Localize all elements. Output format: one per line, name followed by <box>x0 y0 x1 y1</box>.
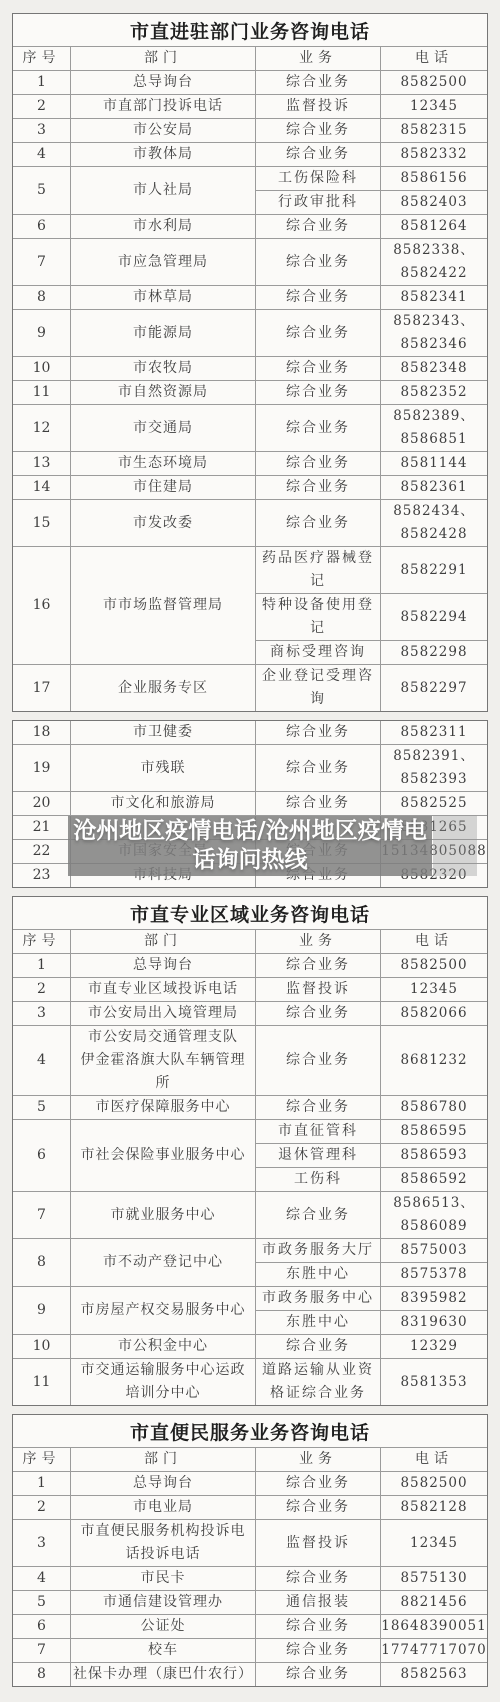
business-cell: 特种设备使用登 记 <box>256 594 381 640</box>
business-item: 综合业务8586513、 8586089 <box>256 1192 487 1238</box>
business-items: 综合业务8582391、 8582393 <box>256 745 487 791</box>
table-row: 7校车综合业务17747717070 <box>13 1638 487 1662</box>
column-header-department: 部门 <box>71 930 256 953</box>
row-number-cell: 4 <box>13 1567 71 1590</box>
business-cell: 市政务服务中心 <box>256 1287 381 1310</box>
watermark-overlay: 沧州地区疫情电话/沧州地区疫情电 话询问热线 <box>68 816 432 876</box>
business-item: 企业登记受理咨 询8582297 <box>256 665 487 711</box>
table-row: 12市交通局综合业务8582389、 8586851 <box>13 404 487 451</box>
business-item: 综合业务12329 <box>256 1335 487 1358</box>
business-items: 市直征管科8586595退休管理科8586593工伤科8586592 <box>256 1120 487 1191</box>
business-item: 综合业务8581144 <box>256 452 487 475</box>
table-row: 6市社会保险事业服务中心市直征管科8586595退休管理科8586593工伤科8… <box>13 1119 487 1191</box>
business-cell: 工伤科 <box>256 1168 381 1191</box>
table-row: 5市通信建设管理办通信报装8821456 <box>13 1590 487 1614</box>
phone-cell: 8575378 <box>381 1263 487 1286</box>
row-number-cell: 10 <box>13 1335 71 1358</box>
business-item: 监督投诉12345 <box>256 95 487 118</box>
header-row: 序号部门业务电话 <box>13 929 487 953</box>
business-items: 市政务服务大厅8575003东胜中心8575378 <box>256 1239 487 1286</box>
business-cell: 东胜中心 <box>256 1263 381 1286</box>
phone-cell: 12329 <box>381 1335 487 1358</box>
department-cell: 市水利局 <box>71 215 256 238</box>
business-cell: 综合业务 <box>256 1002 381 1025</box>
business-items: 综合业务8582389、 8586851 <box>256 405 487 451</box>
phone-cell: 8586780 <box>381 1096 487 1119</box>
phone-cell: 8582311 <box>381 721 487 744</box>
table-row: 1总导询台综合业务8582500 <box>13 1471 487 1495</box>
business-items: 道路运输从业资 格证综合业务8581353 <box>256 1359 487 1405</box>
table-row: 1总导询台综合业务8582500 <box>13 953 487 977</box>
phone-cell: 8681232 <box>381 1026 487 1095</box>
business-item: 综合业务8582311 <box>256 721 487 744</box>
business-item: 综合业务8582500 <box>256 1472 487 1495</box>
business-cell: 市政务服务大厅 <box>256 1239 381 1262</box>
table-row: 2市直专业区域投诉电话监督投诉12345 <box>13 977 487 1001</box>
business-item: 综合业务8582128 <box>256 1496 487 1519</box>
business-cell: 道路运输从业资 格证综合业务 <box>256 1359 381 1405</box>
row-number-cell: 11 <box>13 381 71 404</box>
business-item: 综合业务8575130 <box>256 1567 487 1590</box>
business-items: 综合业务8582525 <box>256 792 487 815</box>
business-item: 综合业务8582066 <box>256 1002 487 1025</box>
business-cell: 监督投诉 <box>256 95 381 118</box>
phone-cell: 8582338、 8582422 <box>381 239 487 285</box>
table-row: 14市住建局综合业务8582361 <box>13 475 487 499</box>
row-number-cell: 13 <box>13 452 71 475</box>
row-number-cell: 3 <box>13 119 71 142</box>
phone-cell: 8582500 <box>381 954 487 977</box>
table-row: 3市公安局出入境管理局综合业务8582066 <box>13 1001 487 1025</box>
business-items: 综合业务8582348 <box>256 357 487 380</box>
column-header-no: 序号 <box>13 47 71 70</box>
row-number-cell: 20 <box>13 792 71 815</box>
row-number-cell: 17 <box>13 665 71 711</box>
business-cell: 综合业务 <box>256 1615 381 1638</box>
table-row: 6公证处综合业务18648390051 <box>13 1614 487 1638</box>
row-number-cell: 10 <box>13 357 71 380</box>
phone-cell: 8319630 <box>381 1311 487 1334</box>
department-cell: 市发改委 <box>71 500 256 546</box>
table-row: 15市发改委综合业务8582434、 8582428 <box>13 499 487 546</box>
table-block: 市直便民服务业务咨询电话序号部门业务电话1总导询台综合业务85825002市电业… <box>12 1414 488 1687</box>
phone-cell: 8586592 <box>381 1168 487 1191</box>
business-items: 监督投诉12345 <box>256 95 487 118</box>
business-items: 综合业务8582341 <box>256 286 487 309</box>
business-cell: 综合业务 <box>256 310 381 356</box>
business-item: 退休管理科8586593 <box>256 1143 487 1167</box>
business-cell: 综合业务 <box>256 1335 381 1358</box>
business-cell: 商标受理咨询 <box>256 641 381 664</box>
table-row: 4市公安局交通管理支队 伊金霍洛旗大队车辆管理 所综合业务8681232 <box>13 1025 487 1095</box>
business-item: 东胜中心8575378 <box>256 1262 487 1286</box>
table-row: 4市教体局综合业务8582332 <box>13 142 487 166</box>
business-item: 行政审批科8582403 <box>256 190 487 214</box>
row-number-cell: 22 <box>13 840 71 863</box>
business-item: 综合业务18648390051 <box>256 1615 487 1638</box>
business-items: 通信报装8821456 <box>256 1591 487 1614</box>
phone-cell: 8582389、 8586851 <box>381 405 487 451</box>
business-cell: 市直征管科 <box>256 1120 381 1143</box>
business-item: 综合业务8586780 <box>256 1096 487 1119</box>
business-items: 药品医疗器械登 记8582291特种设备使用登 记8582294商标受理咨询85… <box>256 547 487 664</box>
department-cell: 校车 <box>71 1639 256 1662</box>
business-items: 综合业务8582500 <box>256 71 487 94</box>
phone-cell: 8581144 <box>381 452 487 475</box>
phone-cell: 8582403 <box>381 191 487 214</box>
table-row: 4市民卡综合业务8575130 <box>13 1566 487 1590</box>
department-cell: 市公积金中心 <box>71 1335 256 1358</box>
phone-cell: 12345 <box>381 95 487 118</box>
row-number-cell: 7 <box>13 1639 71 1662</box>
business-item: 综合业务8582500 <box>256 71 487 94</box>
header-item: 业务电话 <box>256 47 487 70</box>
table-row: 8市林草局综合业务8582341 <box>13 285 487 309</box>
phone-cell: 8582361 <box>381 476 487 499</box>
business-cell: 综合业务 <box>256 239 381 285</box>
department-cell: 市直便民服务机构投诉电 话投诉电话 <box>71 1520 256 1566</box>
department-cell: 市教体局 <box>71 143 256 166</box>
phone-cell: 8582352 <box>381 381 487 404</box>
department-cell: 市农牧局 <box>71 357 256 380</box>
phone-cell: 8575130 <box>381 1567 487 1590</box>
row-number-cell: 3 <box>13 1002 71 1025</box>
business-item: 综合业务8582389、 8586851 <box>256 405 487 451</box>
table-row: 6市水利局综合业务8581264 <box>13 214 487 238</box>
column-header-business: 业务 <box>256 930 381 953</box>
phone-cell: 8582500 <box>381 71 487 94</box>
table-row: 11市交通运输服务中心运政 培训分中心道路运输从业资 格证综合业务8581353 <box>13 1358 487 1405</box>
row-number-cell: 2 <box>13 1496 71 1519</box>
table-row: 9市房屋产权交易服务中心市政务服务中心8395982东胜中心8319630 <box>13 1286 487 1334</box>
business-item: 市政务服务大厅8575003 <box>256 1239 487 1262</box>
department-cell: 市应急管理局 <box>71 239 256 285</box>
department-cell: 企业服务专区 <box>71 665 256 711</box>
table-row: 3市直便民服务机构投诉电 话投诉电话监督投诉12345 <box>13 1519 487 1566</box>
department-cell: 市公安局 <box>71 119 256 142</box>
business-items: 综合业务18648390051 <box>256 1615 487 1638</box>
business-cell: 通信报装 <box>256 1591 381 1614</box>
column-header-no: 序号 <box>13 930 71 953</box>
table-title: 市直进驻部门业务咨询电话 <box>13 14 487 46</box>
row-number-cell: 1 <box>13 954 71 977</box>
department-cell: 市社会保险事业服务中心 <box>71 1120 256 1191</box>
phone-directory-tables: 市直进驻部门业务咨询电话序号部门业务电话1总导询台综合业务85825002市直部… <box>0 0 500 1687</box>
table-block: 18市卫健委综合业务858231119市残联综合业务8582391、 85823… <box>12 720 488 888</box>
department-cell: 市残联 <box>71 745 256 791</box>
business-items: 综合业务8586780 <box>256 1096 487 1119</box>
phone-cell: 8582291 <box>381 547 487 593</box>
row-number-cell: 7 <box>13 1192 71 1238</box>
row-number-cell: 12 <box>13 405 71 451</box>
column-header-department: 部门 <box>71 47 256 70</box>
business-item: 监督投诉12345 <box>256 978 487 1001</box>
row-number-cell: 3 <box>13 1520 71 1566</box>
row-number-cell: 18 <box>13 721 71 744</box>
business-items: 市政务服务中心8395982东胜中心8319630 <box>256 1287 487 1334</box>
phone-cell: 8582525 <box>381 792 487 815</box>
department-cell: 市不动产登记中心 <box>71 1239 256 1286</box>
business-cell: 综合业务 <box>256 357 381 380</box>
row-number-cell: 6 <box>13 1120 71 1191</box>
business-items: 监督投诉12345 <box>256 1520 487 1566</box>
department-cell: 市市场监督管理局 <box>71 547 256 664</box>
department-cell: 市文化和旅游局 <box>71 792 256 815</box>
table-row: 20市文化和旅游局综合业务8582525 <box>13 791 487 815</box>
table-block: 市直进驻部门业务咨询电话序号部门业务电话1总导询台综合业务85825002市直部… <box>12 13 488 712</box>
business-item: 综合业务8582361 <box>256 476 487 499</box>
table-row: 13市生态环境局综合业务8581144 <box>13 451 487 475</box>
header-items: 业务电话 <box>256 1448 487 1471</box>
department-cell: 市交通运输服务中心运政 培训分中心 <box>71 1359 256 1405</box>
business-items: 监督投诉12345 <box>256 978 487 1001</box>
business-item: 综合业务8582525 <box>256 792 487 815</box>
phone-cell: 8575003 <box>381 1239 487 1262</box>
row-number-cell: 16 <box>13 547 71 664</box>
row-number-cell: 7 <box>13 239 71 285</box>
column-header-phone: 电话 <box>381 47 487 70</box>
row-number-cell: 5 <box>13 167 71 214</box>
business-items: 工伤保险科8586156行政审批科8582403 <box>256 167 487 214</box>
row-number-cell: 9 <box>13 1287 71 1334</box>
business-items: 综合业务8582338、 8582422 <box>256 239 487 285</box>
business-cell: 综合业务 <box>256 1663 381 1686</box>
business-cell: 综合业务 <box>256 1567 381 1590</box>
business-cell: 综合业务 <box>256 1639 381 1662</box>
business-items: 综合业务8582311 <box>256 721 487 744</box>
business-item: 综合业务8582391、 8582393 <box>256 745 487 791</box>
header-item: 业务电话 <box>256 930 487 953</box>
phone-cell: 8582315 <box>381 119 487 142</box>
department-cell: 市直专业区域投诉电话 <box>71 978 256 1001</box>
row-number-cell: 4 <box>13 1026 71 1095</box>
row-number-cell: 11 <box>13 1359 71 1405</box>
table-row: 18市卫健委综合业务8582311 <box>13 721 487 744</box>
business-cell: 综合业务 <box>256 792 381 815</box>
table-row: 10市公积金中心综合业务12329 <box>13 1334 487 1358</box>
table-row: 11市自然资源局综合业务8582352 <box>13 380 487 404</box>
phone-cell: 8581264 <box>381 215 487 238</box>
business-cell: 工伤保险科 <box>256 167 381 190</box>
phone-cell: 8582500 <box>381 1472 487 1495</box>
business-items: 综合业务8582332 <box>256 143 487 166</box>
business-item: 工伤保险科8586156 <box>256 167 487 190</box>
department-cell: 市住建局 <box>71 476 256 499</box>
business-items: 综合业务8582128 <box>256 1496 487 1519</box>
phone-cell: 8586156 <box>381 167 487 190</box>
business-item: 综合业务17747717070 <box>256 1639 487 1662</box>
row-number-cell: 2 <box>13 95 71 118</box>
business-cell: 药品医疗器械登 记 <box>256 547 381 593</box>
phone-cell: 12345 <box>381 978 487 1001</box>
row-number-cell: 15 <box>13 500 71 546</box>
phone-cell: 8395982 <box>381 1287 487 1310</box>
phone-cell: 18648390051 <box>381 1615 487 1638</box>
header-item: 业务电话 <box>256 1448 487 1471</box>
phone-cell: 8586593 <box>381 1144 487 1167</box>
table-row: 8市不动产登记中心市政务服务大厅8575003东胜中心8575378 <box>13 1238 487 1286</box>
business-cell: 东胜中心 <box>256 1311 381 1334</box>
phone-cell: 8582391、 8582393 <box>381 745 487 791</box>
business-items: 综合业务8575130 <box>256 1567 487 1590</box>
department-cell: 市医疗保障服务中心 <box>71 1096 256 1119</box>
row-number-cell: 4 <box>13 143 71 166</box>
header-items: 业务电话 <box>256 930 487 953</box>
department-cell: 总导询台 <box>71 1472 256 1495</box>
business-item: 市直征管科8586595 <box>256 1120 487 1143</box>
business-item: 综合业务8582341 <box>256 286 487 309</box>
business-item: 商标受理咨询8582298 <box>256 640 487 664</box>
business-cell: 综合业务 <box>256 500 381 546</box>
department-cell: 市人社局 <box>71 167 256 214</box>
row-number-cell: 9 <box>13 310 71 356</box>
table-title: 市直便民服务业务咨询电话 <box>13 1415 487 1447</box>
business-cell: 综合业务 <box>256 405 381 451</box>
phone-cell: 8582066 <box>381 1002 487 1025</box>
department-cell: 市公安局交通管理支队 伊金霍洛旗大队车辆管理 所 <box>71 1026 256 1095</box>
business-cell: 综合业务 <box>256 476 381 499</box>
row-number-cell: 5 <box>13 1096 71 1119</box>
business-item: 道路运输从业资 格证综合业务8581353 <box>256 1359 487 1405</box>
phone-cell: 8582298 <box>381 641 487 664</box>
business-cell: 综合业务 <box>256 721 381 744</box>
business-item: 综合业务8581264 <box>256 215 487 238</box>
business-cell: 监督投诉 <box>256 1520 381 1566</box>
row-number-cell: 5 <box>13 1591 71 1614</box>
business-items: 综合业务8582434、 8582428 <box>256 500 487 546</box>
phone-cell: 8582434、 8582428 <box>381 500 487 546</box>
business-item: 市政务服务中心8395982 <box>256 1287 487 1310</box>
business-cell: 综合业务 <box>256 745 381 791</box>
table-row: 5市人社局工伤保险科8586156行政审批科8582403 <box>13 166 487 214</box>
column-header-business: 业务 <box>256 1448 381 1471</box>
phone-cell: 8582332 <box>381 143 487 166</box>
department-cell: 总导询台 <box>71 954 256 977</box>
business-items: 综合业务8582066 <box>256 1002 487 1025</box>
department-cell: 市房屋产权交易服务中心 <box>71 1287 256 1334</box>
business-cell: 综合业务 <box>256 215 381 238</box>
business-item: 综合业务8582434、 8582428 <box>256 500 487 546</box>
column-header-business: 业务 <box>256 47 381 70</box>
business-cell: 综合业务 <box>256 452 381 475</box>
business-item: 综合业务8582338、 8582422 <box>256 239 487 285</box>
department-cell: 市直部门投诉电话 <box>71 95 256 118</box>
department-cell: 社保卡办理（康巴什农行） <box>71 1663 256 1686</box>
header-row: 序号部门业务电话 <box>13 46 487 70</box>
business-item: 监督投诉12345 <box>256 1520 487 1566</box>
phone-cell: 8582128 <box>381 1496 487 1519</box>
department-cell: 市民卡 <box>71 1567 256 1590</box>
business-cell: 行政审批科 <box>256 191 381 214</box>
department-cell: 市卫健委 <box>71 721 256 744</box>
department-cell: 公证处 <box>71 1615 256 1638</box>
business-item: 综合业务8582352 <box>256 381 487 404</box>
department-cell: 市交通局 <box>71 405 256 451</box>
row-number-cell: 1 <box>13 71 71 94</box>
table-row: 17企业服务专区企业登记受理咨 询8582297 <box>13 664 487 711</box>
table-row: 3市公安局综合业务8582315 <box>13 118 487 142</box>
business-item: 综合业务8582500 <box>256 954 487 977</box>
column-header-phone: 电话 <box>381 1448 487 1471</box>
phone-cell: 8582563 <box>381 1663 487 1686</box>
phone-cell: 12345 <box>381 1520 487 1566</box>
business-item: 综合业务8681232 <box>256 1026 487 1095</box>
table-block: 市直专业区域业务咨询电话序号部门业务电话1总导询台综合业务85825002市直专… <box>12 896 488 1406</box>
row-number-cell: 8 <box>13 1239 71 1286</box>
business-cell: 监督投诉 <box>256 978 381 1001</box>
business-item: 东胜中心8319630 <box>256 1310 487 1334</box>
business-item: 工伤科8586592 <box>256 1167 487 1191</box>
business-cell: 综合业务 <box>256 119 381 142</box>
row-number-cell: 19 <box>13 745 71 791</box>
business-cell: 综合业务 <box>256 286 381 309</box>
business-items: 综合业务8582563 <box>256 1663 487 1686</box>
row-number-cell: 2 <box>13 978 71 1001</box>
phone-cell: 8582294 <box>381 594 487 640</box>
phone-cell: 8586595 <box>381 1120 487 1143</box>
business-items: 综合业务8581144 <box>256 452 487 475</box>
table-row: 8社保卡办理（康巴什农行）综合业务8582563 <box>13 1662 487 1686</box>
table-row: 10市农牧局综合业务8582348 <box>13 356 487 380</box>
row-number-cell: 8 <box>13 1663 71 1686</box>
department-cell: 市公安局出入境管理局 <box>71 1002 256 1025</box>
business-items: 综合业务8681232 <box>256 1026 487 1095</box>
department-cell: 市电业局 <box>71 1496 256 1519</box>
phone-cell: 8582297 <box>381 665 487 711</box>
table-row: 1总导询台综合业务8582500 <box>13 70 487 94</box>
table-row: 7市应急管理局综合业务8582338、 8582422 <box>13 238 487 285</box>
row-number-cell: 8 <box>13 286 71 309</box>
business-items: 企业登记受理咨 询8582297 <box>256 665 487 711</box>
department-cell: 市能源局 <box>71 310 256 356</box>
department-cell: 市自然资源局 <box>71 381 256 404</box>
business-cell: 企业登记受理咨 询 <box>256 665 381 711</box>
business-item: 综合业务8582563 <box>256 1663 487 1686</box>
table-row: 5市医疗保障服务中心综合业务8586780 <box>13 1095 487 1119</box>
business-item: 通信报装8821456 <box>256 1591 487 1614</box>
phone-cell: 8586513、 8586089 <box>381 1192 487 1238</box>
table-title: 市直专业区域业务咨询电话 <box>13 897 487 929</box>
business-cell: 综合业务 <box>256 71 381 94</box>
business-item: 综合业务8582343、 8582346 <box>256 310 487 356</box>
table-row: 2市电业局综合业务8582128 <box>13 1495 487 1519</box>
business-items: 综合业务8582500 <box>256 1472 487 1495</box>
header-items: 业务电话 <box>256 47 487 70</box>
row-number-cell: 1 <box>13 1472 71 1495</box>
department-cell: 市通信建设管理办 <box>71 1591 256 1614</box>
table-row: 2市直部门投诉电话监督投诉12345 <box>13 94 487 118</box>
table-row: 16市市场监督管理局药品医疗器械登 记8582291特种设备使用登 记85822… <box>13 546 487 664</box>
row-number-cell: 21 <box>13 816 71 839</box>
business-item: 药品医疗器械登 记8582291 <box>256 547 487 593</box>
phone-cell: 8821456 <box>381 1591 487 1614</box>
business-items: 综合业务8582352 <box>256 381 487 404</box>
business-item: 综合业务8582315 <box>256 119 487 142</box>
column-header-phone: 电话 <box>381 930 487 953</box>
phone-cell: 8582343、 8582346 <box>381 310 487 356</box>
business-items: 综合业务8582361 <box>256 476 487 499</box>
business-items: 综合业务8581264 <box>256 215 487 238</box>
department-cell: 市林草局 <box>71 286 256 309</box>
business-item: 综合业务8582332 <box>256 143 487 166</box>
row-number-cell: 6 <box>13 215 71 238</box>
phone-cell: 8581353 <box>381 1359 487 1405</box>
department-cell: 总导询台 <box>71 71 256 94</box>
business-cell: 综合业务 <box>256 1496 381 1519</box>
column-header-no: 序号 <box>13 1448 71 1471</box>
business-items: 综合业务8582500 <box>256 954 487 977</box>
watermark-text: 沧州地区疫情电话/沧州地区疫情电 话询问热线 <box>73 817 426 875</box>
